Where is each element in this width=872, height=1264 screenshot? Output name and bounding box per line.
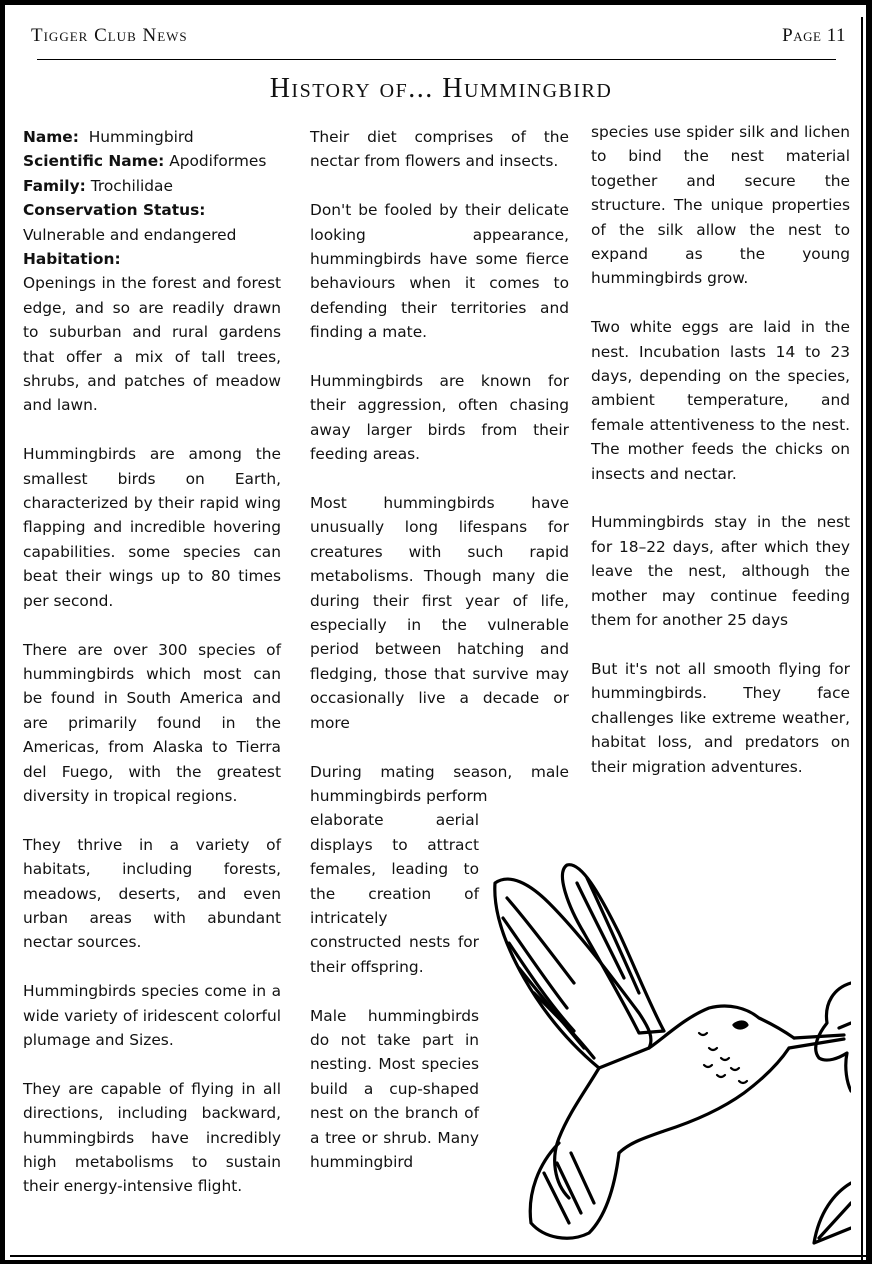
- fact-conservation-value: Vulnerable and endangered: [23, 223, 281, 247]
- page-number: Page 11: [782, 25, 846, 47]
- paragraph: elaborate aerial displays to attract fem…: [310, 808, 479, 979]
- paragraph: Two white eggs are laid in the nest. Inc…: [591, 315, 850, 486]
- fact-label: Habitation:: [23, 250, 121, 268]
- paragraph: But it's not all smooth flying for hummi…: [591, 657, 850, 779]
- fact-value: Apodiformes: [169, 152, 266, 170]
- page-border-inner-right: [861, 17, 863, 1261]
- paragraph: Hummingbirds stay in the nest for 18–22 …: [591, 510, 850, 632]
- paragraph: Hummingbirds species come in a wide vari…: [23, 979, 281, 1052]
- header-rule: [37, 59, 836, 60]
- column-1: Name: Hummingbird Scientific Name: Apodi…: [23, 125, 281, 1223]
- fact-label: Name:: [23, 128, 79, 146]
- newsletter-page: Tigger Club News Page 11 History of... H…: [0, 0, 872, 1264]
- paragraph: They thrive in a variety of habitats, in…: [23, 833, 281, 955]
- paragraph: During mating season, male hummingbirds …: [310, 760, 569, 809]
- paragraph: species use spider silk and lichen to bi…: [591, 120, 850, 291]
- column-3: species use spider silk and lichen to bi…: [591, 120, 850, 803]
- fact-conservation-label: Conservation Status:: [23, 198, 281, 222]
- fact-label: Conservation Status:: [23, 201, 205, 219]
- paragraph: Don't be fooled by their delicate lookin…: [310, 198, 569, 344]
- fact-label: Scientific Name:: [23, 152, 164, 170]
- fact-sheet: Name: Hummingbird Scientific Name: Apodi…: [23, 125, 281, 418]
- paragraph: Hummingbirds are known for their aggress…: [310, 369, 569, 467]
- fact-habitation-value: Openings in the forest and forest edge, …: [23, 271, 281, 417]
- hummingbird-illustration-icon: [489, 853, 851, 1263]
- paragraph: Hummingbirds are among the smallest bird…: [23, 442, 281, 613]
- fact-scientific-name: Scientific Name: Apodiformes: [23, 149, 281, 173]
- paragraph: There are over 300 species of hummingbir…: [23, 638, 281, 809]
- paragraph: They are capable of flying in all direct…: [23, 1077, 281, 1199]
- article-title: History of... Hummingbird: [5, 73, 872, 105]
- paragraph: Their diet comprises of the nectar from …: [310, 125, 569, 174]
- fact-label: Family:: [23, 177, 86, 195]
- fact-family: Family: Trochilidae: [23, 174, 281, 198]
- paragraph: Male hummingbirds do not take part in ne…: [310, 1004, 479, 1175]
- page-border-right: [866, 5, 872, 1264]
- fact-habitation-label: Habitation:: [23, 247, 281, 271]
- fact-value: Hummingbird: [89, 128, 194, 146]
- fact-value: Trochilidae: [91, 177, 173, 195]
- paragraph: Most hummingbirds have unusually long li…: [310, 491, 569, 735]
- publication-name: Tigger Club News: [31, 25, 188, 47]
- fact-name: Name: Hummingbird: [23, 125, 281, 149]
